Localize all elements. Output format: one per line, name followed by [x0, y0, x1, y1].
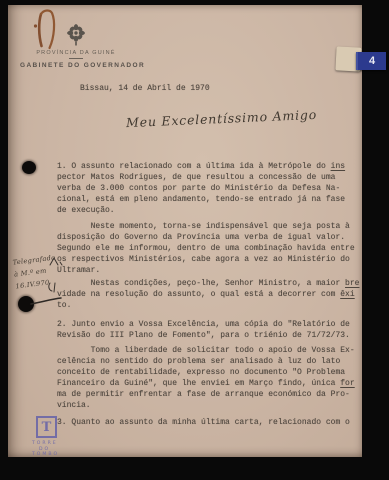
handwritten-salutation: Meu Excelentíssimo Amigo: [126, 107, 318, 130]
letterhead-office: GABINETE DO GOVERNADOR: [20, 62, 132, 69]
paragraph: Tomo a liberdade de solicitar todo o apo…: [57, 345, 361, 411]
body-line: ma de permitir enfrentar a fase de arran…: [57, 389, 361, 400]
letter-body: 1. O assunto relacionado com a última id…: [57, 161, 361, 428]
paragraph: 1. O assunto relacionado com a última id…: [57, 161, 361, 216]
body-line: Nestas condições, peço-lhe, Senhor Minis…: [57, 278, 361, 289]
paragraph: 3. Quanto ao assunto da minha última car…: [57, 417, 361, 428]
paragraph: Neste momento, torna-se indispensável qu…: [57, 221, 361, 276]
body-line: to.: [57, 300, 361, 311]
stamp-letter: T: [36, 416, 57, 438]
body-line: 2. Junto envio a Vossa Excelência, uma c…: [57, 319, 361, 330]
body-line: vidade na resolução do assunto, o qual e…: [57, 289, 361, 300]
body-line: víncia.: [57, 400, 361, 411]
body-line: Tomo a liberdade de solicitar todo o apo…: [57, 345, 361, 356]
body-line: celência no sentido do problema ser anal…: [57, 356, 361, 367]
archive-stamp: T TORRE DO TOMBO: [32, 416, 78, 458]
coat-of-arms-icon: [66, 23, 86, 47]
body-line: Ultramar.: [57, 265, 361, 276]
dateline: Bissau, 14 de Abril de 1970: [80, 84, 210, 93]
body-line: Revisão do III Plano de Fomento", para o…: [57, 330, 361, 341]
punch-hole: [22, 161, 36, 174]
letterhead-ornament: [69, 58, 83, 59]
body-line: Segundo ele me informou, dentro de uma c…: [57, 243, 361, 254]
page-tab-number: 4: [356, 52, 386, 70]
paragraph: 2. Junto envio a Vossa Excelência, uma c…: [57, 319, 361, 341]
paragraph: Nestas condições, peço-lhe, Senhor Minis…: [57, 278, 361, 311]
body-line: os respectivos Ministérios, cabe agora a…: [57, 254, 361, 265]
page-tab-number-label: 4: [369, 55, 375, 67]
body-line: disposição do Governo da Província uma v…: [57, 232, 361, 243]
paper-sheet: PROVÍNCIA DA GUINÉ GABINETE DO GOVERNADO…: [8, 5, 362, 457]
body-line: cional, está em pleno andamento, tendo-s…: [57, 194, 361, 205]
body-line: pector Matos Rodrigues, de que resultou …: [57, 172, 361, 183]
body-line: Neste momento, torna-se indispensável qu…: [57, 221, 361, 232]
scanned-letter-page: PROVÍNCIA DA GUINÉ GABINETE DO GOVERNADO…: [0, 0, 389, 480]
body-line: conceito de rentabilidade, expresso no d…: [57, 367, 361, 378]
letterhead-province: PROVÍNCIA DA GUINÉ: [20, 50, 132, 56]
body-line: 1. O assunto relacionado com a última id…: [57, 161, 361, 172]
letterhead: PROVÍNCIA DA GUINÉ GABINETE DO GOVERNADO…: [20, 23, 132, 69]
body-line: de execução.: [57, 205, 361, 216]
body-line: verba de 3.000 contos por parte do Minis…: [57, 183, 361, 194]
body-line: 3. Quanto ao assunto da minha última car…: [57, 417, 361, 428]
stamp-text-line: TOMBO: [32, 452, 78, 458]
body-line: Financeiro da Guiné", que lhe enviei em …: [57, 378, 361, 389]
